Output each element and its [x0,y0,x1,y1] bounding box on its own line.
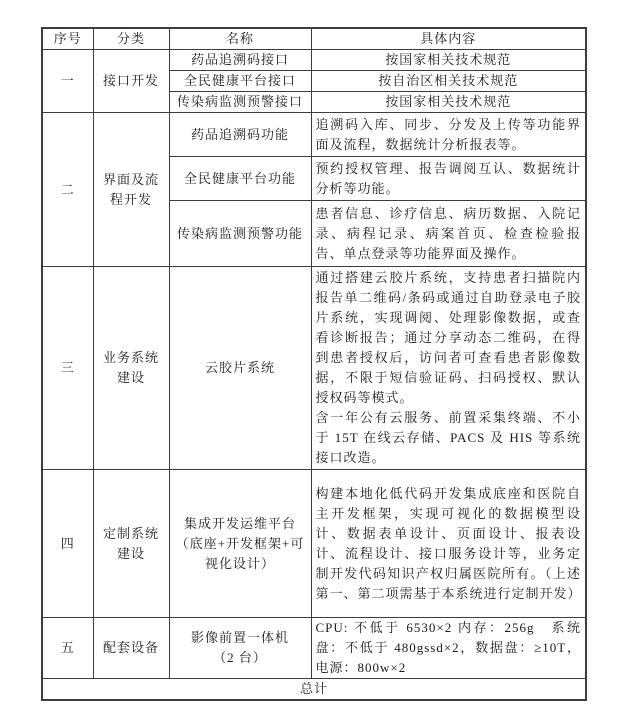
item-name: 全民健康平台功能 [169,157,311,201]
header-serial-number: 序号 [42,28,93,50]
section-2-category: 界面及流 程开发 [93,113,169,267]
section-4-category: 定制系统 建设 [93,470,169,618]
item-content: 按国家相关技术规范 [311,50,586,71]
section-3-category: 业务系统 建设 [93,267,169,470]
item-name: 影像前置一体机 （2 台） [169,618,311,679]
table-header-row: 序号 分类 名称 具体内容 [42,28,586,50]
item-name: 药品追溯码功能 [169,113,311,157]
section-3-number: 三 [42,267,93,470]
item-name: 云胶片系统 [169,267,311,470]
section-5-category: 配套设备 [93,618,169,679]
item-content: 构建本地化低代码开发集成底座和医院自主开发框架，实现可视化的数据模型设计、数据表… [311,470,586,618]
item-name: 药品追溯码接口 [169,50,311,71]
item-name: 全民健康平台接口 [169,71,311,92]
header-category: 分类 [93,28,169,50]
table-row: 一 接口开发 药品追溯码接口 按国家相关技术规范 [42,50,586,71]
item-content: 通过搭建云胶片系统，支持患者扫描院内报告单二维码/条码或通过自助登录电子胶片系统… [311,267,586,470]
section-5-number: 五 [42,618,93,679]
section-4-number: 四 [42,470,93,618]
item-content: 患者信息、诊疗信息、病历数据、入院记录、病程记录、病案首页、检查检验报告、单点登… [311,201,586,267]
section-1-category: 接口开发 [93,50,169,113]
table-row: 四 定制系统 建设 集成开发运维平台 （底座+开发框架+可视化设计） 构建本地化… [42,470,586,618]
item-name: 传染病监测预警接口 [169,92,311,113]
item-name: 集成开发运维平台 （底座+开发框架+可视化设计） [169,470,311,618]
item-content: 追溯码入库、同步、分发及上传等功能界面及流程，数据统计分析报表等。 [311,113,586,157]
requirements-table: 序号 分类 名称 具体内容 一 接口开发 药品追溯码接口 按国家相关技术规范 全… [41,27,587,701]
table-row: 五 配套设备 影像前置一体机 （2 台） CPU: 不低于 6530×2 内存：… [42,618,586,679]
header-name: 名称 [169,28,311,50]
requirements-table-wrap: 序号 分类 名称 具体内容 一 接口开发 药品追溯码接口 按国家相关技术规范 全… [41,27,587,701]
section-2-number: 二 [42,113,93,267]
item-name: 传染病监测预警功能 [169,201,311,267]
header-detail: 具体内容 [311,28,586,50]
table-row: 三 业务系统 建设 云胶片系统 通过搭建云胶片系统，支持患者扫描院内报告单二维码… [42,267,586,470]
table-footer-row: 总计 [42,679,586,701]
item-content: 按自治区相关技术规范 [311,71,586,92]
section-1-number: 一 [42,50,93,113]
table-row: 二 界面及流 程开发 药品追溯码功能 追溯码入库、同步、分发及上传等功能界面及流… [42,113,586,157]
item-content: 预约授权管理、报告调阅互认、数据统计分析等功能。 [311,157,586,201]
document-page: 序号 分类 名称 具体内容 一 接口开发 药品追溯码接口 按国家相关技术规范 全… [0,0,630,716]
item-content: CPU: 不低于 6530×2 内存：256g 系统盘：不低于 480gssd×… [311,618,586,679]
item-content: 按国家相关技术规范 [311,92,586,113]
total-label: 总计 [42,679,586,701]
